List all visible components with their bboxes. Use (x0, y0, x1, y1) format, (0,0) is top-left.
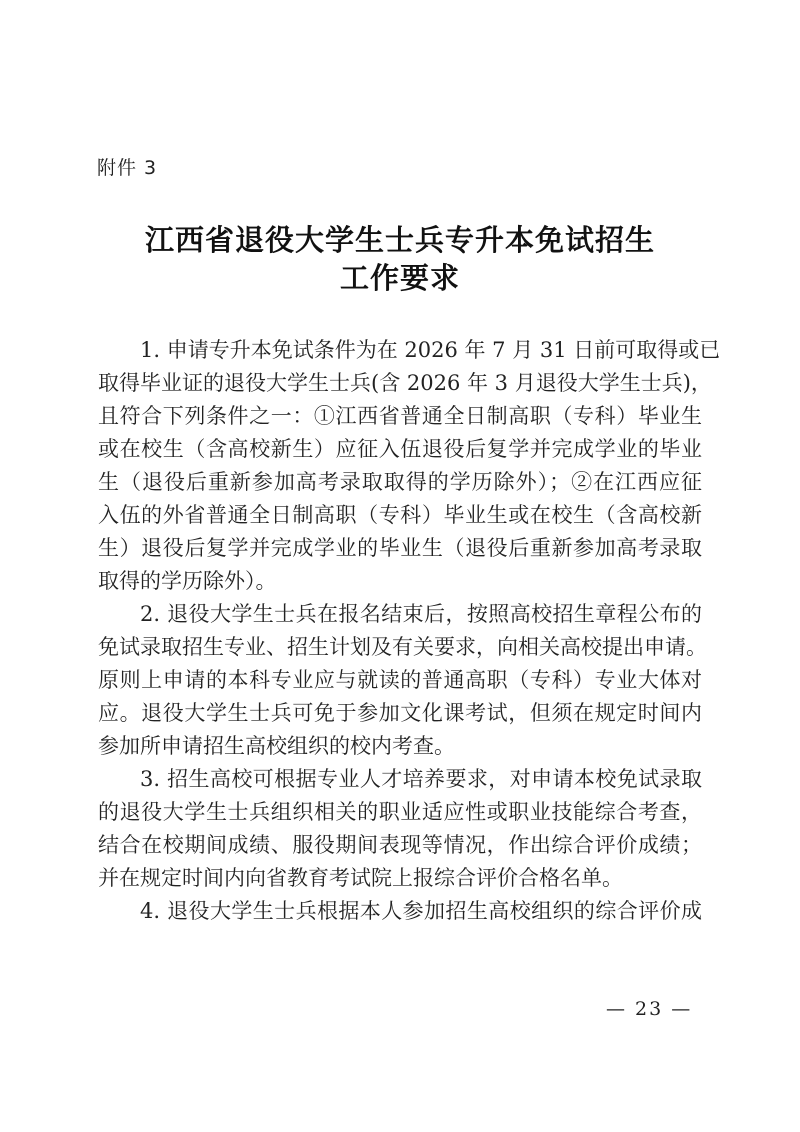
paragraph-4: 4. 退役大学生士兵根据本人参加招生高校组织的综合评价成 (98, 895, 702, 928)
paragraph-3: 3. 招生高校可根据专业人才培养要求，对申请本校免试录取 的退役大学生士兵组织相… (98, 763, 702, 895)
paragraph-line: 并在规定时间内向省教育考试院上报综合评价合格名单。 (98, 862, 702, 895)
document-page: 附件 3 江西省退役大学生士兵专升本免试招生 工作要求 1. 申请专升本免试条件… (0, 0, 800, 1132)
paragraph-line: 免试录取招生专业、招生计划及有关要求，向相关高校提出申请。 (98, 631, 702, 664)
attachment-label: 附件 3 (97, 153, 157, 180)
paragraph-line: 生（退役后重新参加高考录取取得的学历除外）；②在江西应征 (98, 466, 702, 499)
paragraph-line: 的退役大学生士兵组织相关的职业适应性或职业技能综合考查， (98, 796, 702, 829)
paragraph-line: 生）退役后复学并完成学业的毕业生（退役后重新参加高考录取 (98, 532, 702, 565)
paragraph-line: 参加所申请招生高校组织的校内考查。 (98, 730, 702, 763)
paragraph-line: 3. 招生高校可根据专业人才培养要求，对申请本校免试录取 (98, 763, 702, 796)
paragraph-line: 原则上申请的本科专业应与就读的普通高职（专科）专业大体对 (98, 664, 702, 697)
document-body: 1. 申请专升本免试条件为在 2026 年 7 月 31 日前可取得或已 取得毕… (98, 334, 702, 928)
document-title-line-2: 工作要求 (0, 256, 800, 297)
paragraph-2: 2. 退役大学生士兵在报名结束后，按照高校招生章程公布的 免试录取招生专业、招生… (98, 598, 702, 763)
paragraph-line: 应。退役大学生士兵可免于参加文化课考试，但须在规定时间内 (98, 697, 702, 730)
paragraph-line: 2. 退役大学生士兵在报名结束后，按照高校招生章程公布的 (98, 598, 702, 631)
paragraph-1: 1. 申请专升本免试条件为在 2026 年 7 月 31 日前可取得或已 取得毕… (98, 334, 702, 598)
paragraph-line: 或在校生（含高校新生）应征入伍退役后复学并完成学业的毕业 (98, 433, 702, 466)
paragraph-line: 1. 申请专升本免试条件为在 2026 年 7 月 31 日前可取得或已 (98, 334, 702, 367)
paragraph-line: 取得的学历除外）。 (98, 565, 702, 598)
paragraph-line: 且符合下列条件之一：①江西省普通全日制高职（专科）毕业生 (98, 400, 702, 433)
paragraph-line: 入伍的外省普通全日制高职（专科）毕业生或在校生（含高校新 (98, 499, 702, 532)
paragraph-line: 结合在校期间成绩、服役期间表现等情况，作出综合评价成绩； (98, 829, 702, 862)
paragraph-line: 4. 退役大学生士兵根据本人参加招生高校组织的综合评价成 (98, 895, 702, 928)
document-title-line-1: 江西省退役大学生士兵专升本免试招生 (0, 218, 800, 259)
page-number: — 23 — (606, 998, 692, 1020)
paragraph-line: 取得毕业证的退役大学生士兵(含 2026 年 3 月退役大学生士兵)， (98, 367, 702, 400)
